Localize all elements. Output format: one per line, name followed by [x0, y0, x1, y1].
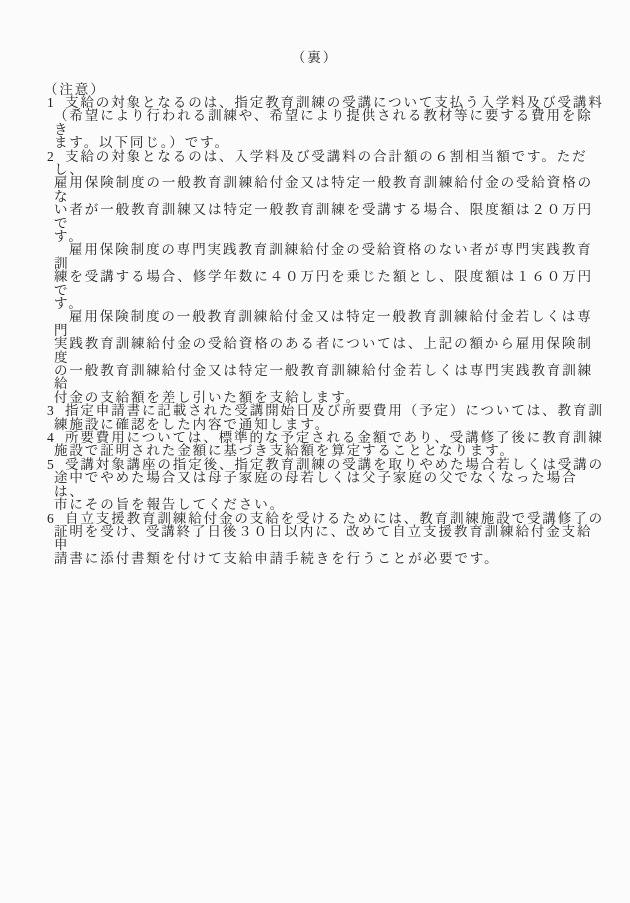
- item-number: 4: [47, 431, 65, 444]
- item-number: 5: [47, 458, 65, 471]
- notice-heading: （注意）: [44, 83, 600, 96]
- note-paragraph: 雇用保険制度の一般教育訓練給付金又は特定一般教育訓練給付金若しくは専門 実践教育…: [54, 310, 604, 404]
- note-paragraph: 2支給の対象となるのは、入学料及び受講料の合計額の６割相当額です。ただし、 雇用…: [54, 150, 604, 244]
- document-page: { "page": { "side_label": "（裏）", "notice…: [0, 0, 630, 903]
- note-paragraph: 4所要費用については、標準的な予定される金額であり、受講修了後に教育訓練 施設で…: [54, 431, 604, 458]
- note-paragraph: 雇用保険制度の専門実践教育訓練給付金の受給資格のない者が専門実践教育訓 練を受講…: [54, 243, 604, 310]
- note-item-6: 6自立支援教育訓練給付金の支給を受けるためには、教育訓練施設で受講修了の 証明を…: [47, 512, 604, 566]
- note-paragraph: 5受講対象講座の指定後、指定教育訓練の受講を取りやめた場合若しくは受講の 途中で…: [54, 458, 604, 512]
- note-paragraph: 6自立支援教育訓練給付金の支給を受けるためには、教育訓練施設で受講修了の 証明を…: [54, 512, 604, 566]
- note-item-3: 3指定申請書に記載された受講開始日及び所要費用（予定）については、教育訓 練施設…: [47, 404, 604, 431]
- page-side-label: （裏）: [0, 0, 630, 65]
- note-paragraph: 3指定申請書に記載された受講開始日及び所要費用（予定）については、教育訓 練施設…: [54, 404, 604, 431]
- page: （裏） （注意） 1支給の対象となるのは、指定教育訓練の受講について支払う入学料…: [0, 0, 630, 903]
- notice-list: 1支給の対象となるのは、指定教育訓練の受講について支払う入学料及び受講料 （希望…: [47, 96, 604, 565]
- note-item-5: 5受講対象講座の指定後、指定教育訓練の受講を取りやめた場合若しくは受講の 途中で…: [47, 458, 604, 512]
- item-number: 1: [47, 96, 65, 109]
- note-item-4: 4所要費用については、標準的な予定される金額であり、受講修了後に教育訓練 施設で…: [47, 431, 604, 458]
- note-item-2: 2支給の対象となるのは、入学料及び受講料の合計額の６割相当額です。ただし、 雇用…: [47, 150, 604, 405]
- note-paragraph: 1支給の対象となるのは、指定教育訓練の受講について支払う入学料及び受講料 （希望…: [54, 96, 604, 150]
- note-item-1: 1支給の対象となるのは、指定教育訓練の受講について支払う入学料及び受講料 （希望…: [47, 96, 604, 150]
- item-number: 6: [47, 512, 65, 525]
- item-number: 2: [47, 150, 65, 163]
- item-number: 3: [47, 404, 65, 417]
